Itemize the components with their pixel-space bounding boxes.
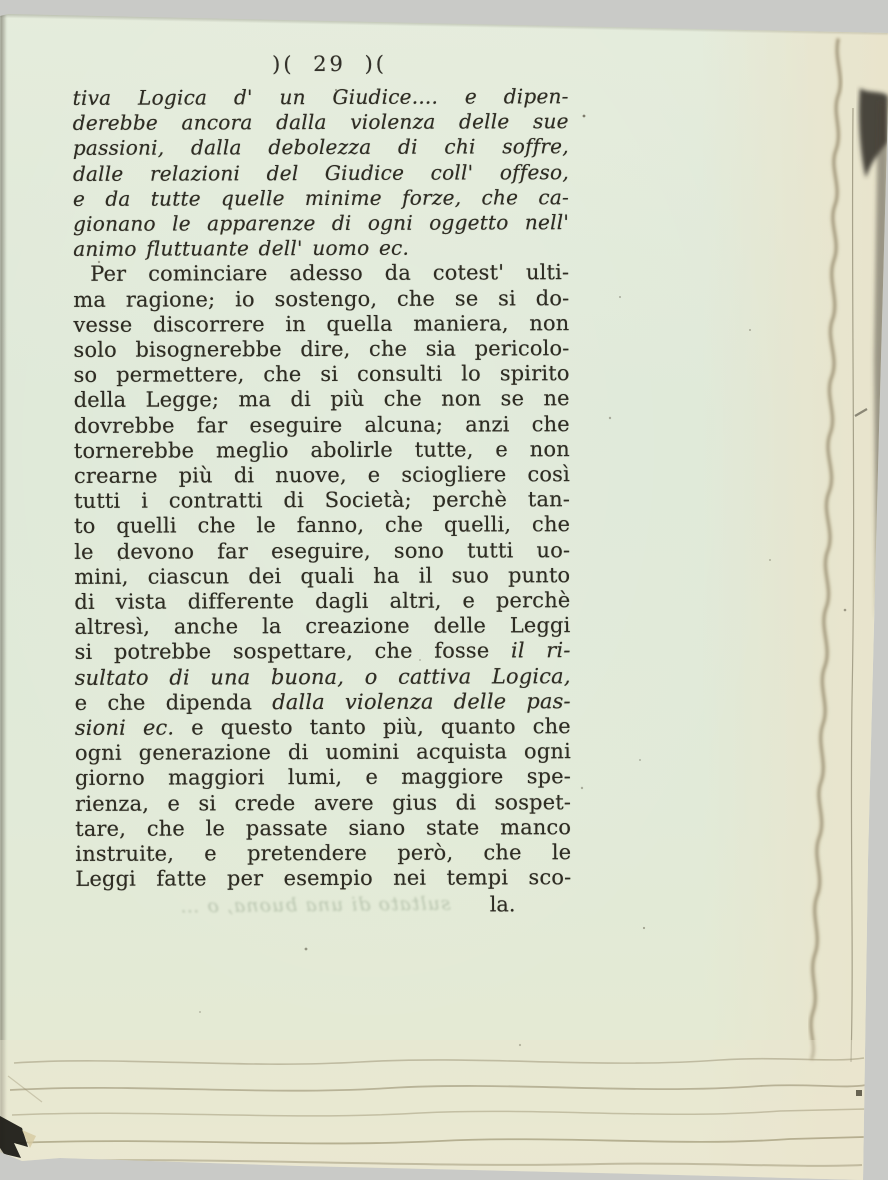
paper-sheet: )( 29 )( tiva Logica d' un Giudice.... e… bbox=[0, 0, 888, 1180]
text-line: animo fluttuante dell' uomo ec. bbox=[73, 235, 569, 262]
crease-line bbox=[851, 108, 854, 1062]
text-line: e da tutte quelle minime forze, che ca- bbox=[73, 185, 569, 212]
text-line: Leggi fatte per esempio nei tempi sco- bbox=[75, 865, 571, 892]
text-line: Per cominciare adesso da cotest' ulti- bbox=[73, 261, 569, 288]
text-line: dalle relazioni del Giudice coll' offeso… bbox=[73, 160, 569, 187]
text-line: gionano le apparenze di ogni oggetto nel… bbox=[73, 210, 569, 237]
roman-segment: e che dipenda bbox=[75, 690, 273, 715]
text-line-mixed: e che dipenda dalla violenza delle pas- bbox=[75, 689, 571, 716]
text-line: to quelli che le fanno, che quelli, che bbox=[74, 513, 570, 540]
show-through-text: sultato di una buona, o … bbox=[96, 892, 534, 919]
text-line: tare, che le passate siano state manco bbox=[75, 815, 571, 842]
margin-dash bbox=[855, 409, 867, 416]
water-stain-line bbox=[811, 40, 840, 1058]
text-line: giorno maggiori lumi, e maggiore spe- bbox=[75, 765, 571, 792]
text-line: ogni generazione di uomini acquista ogni bbox=[75, 739, 571, 766]
text-line: di vista differente dagli altri, e perch… bbox=[74, 588, 570, 615]
quote-paragraph: tiva Logica d' un Giudice.... e dipen- d… bbox=[73, 84, 570, 262]
text-line: mini, ciascun dei quali ha il suo punto bbox=[74, 563, 570, 590]
binding-shadow bbox=[859, 88, 888, 620]
text-line: passioni, dalla debolezza di chi soffre, bbox=[73, 135, 569, 162]
scanned-book-page: )( 29 )( tiva Logica d' un Giudice.... e… bbox=[0, 0, 888, 1180]
text-line: le devono far eseguire, sono tutti uo- bbox=[74, 538, 570, 565]
text-line: altresì, anche la creazione delle Leggi bbox=[74, 613, 570, 640]
italic-segment: il ri- bbox=[511, 639, 571, 663]
top-edge-shadow bbox=[0, 13, 888, 36]
text-line: sultato di una buona, o cattiva Logica, bbox=[75, 664, 571, 691]
text-line: rienza, e si crede avere gius di sospet- bbox=[75, 790, 571, 817]
text-line-mixed: sioni ec. e questo tanto più, quanto che bbox=[75, 714, 571, 741]
text-line: tornerebbe meglio abolirle tutte, e non bbox=[74, 437, 570, 464]
left-edge-shadow bbox=[0, 14, 7, 1154]
text-line: solo bisognerebbe dire, che sia pericolo… bbox=[73, 336, 569, 363]
roman-segment: e questo tanto più, quanto che bbox=[174, 714, 571, 739]
italic-segment: sioni ec. bbox=[75, 716, 174, 740]
text-line: instruite, e pretendere però, che le bbox=[75, 840, 571, 867]
text-line: della Legge; ma di più che non se ne bbox=[74, 387, 570, 414]
text-line: tiva Logica d' un Giudice.... e dipen- bbox=[73, 84, 569, 111]
text-block: )( 29 )( tiva Logica d' un Giudice.... e… bbox=[72, 51, 571, 918]
text-line: vesse discorrere in quella maniera, non bbox=[73, 311, 569, 338]
text-line: tutti i contratti di Società; perchè tan… bbox=[74, 487, 570, 514]
deckle-edge-lines bbox=[0, 1040, 888, 1180]
page-number: )( 29 )( bbox=[90, 51, 568, 77]
text-line: derebbe ancora dalla violenza delle sue bbox=[73, 109, 569, 136]
roman-segment: si potrebbe sospettare, che fosse bbox=[75, 639, 511, 665]
text-line: ma ragione; io sostengo, che se si do- bbox=[73, 286, 569, 313]
text-line: crearne più di nuove, e sciogliere così bbox=[74, 462, 570, 489]
italic-segment: dalla violenza delle pas- bbox=[272, 689, 571, 714]
body-paragraph: Per cominciare adesso da cotest' ulti- m… bbox=[73, 261, 571, 893]
text-line: dovrebbe far eseguire alcuna; anzi che bbox=[74, 412, 570, 439]
text-line: so permettere, che si consulti lo spirit… bbox=[74, 361, 570, 388]
text-line-mixed: si potrebbe sospettare, che fosse il ri- bbox=[75, 639, 571, 666]
